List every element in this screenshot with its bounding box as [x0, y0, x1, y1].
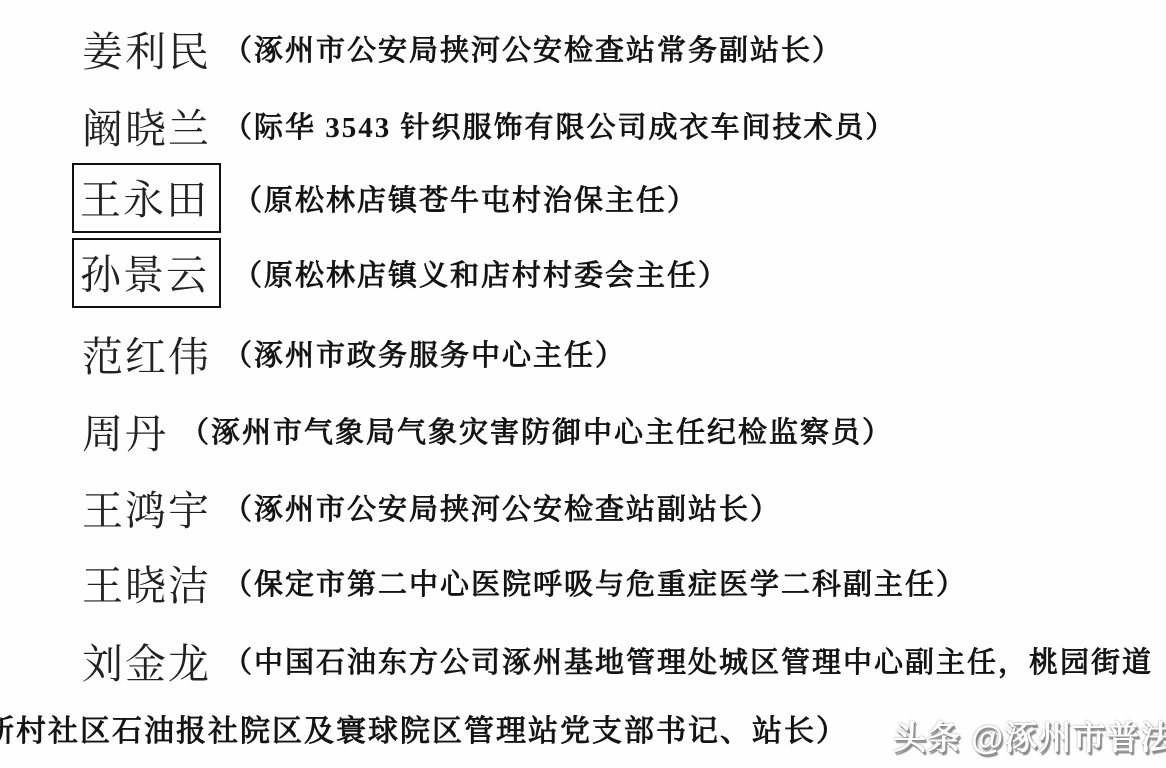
person-title: （中国石油东方公司涿州基地管理处城区管理中心副主任，桃园街道	[223, 640, 1153, 681]
list-item: 姜利民 （涿州市公安局挟河公安检查站常务副站长）	[82, 19, 843, 77]
person-title: （涿州市政务服务中心主任）	[223, 333, 626, 374]
person-title: （保定市第二中心医院呼吸与危重症医学二科副主任）	[223, 562, 967, 603]
person-name: 阚晓兰	[82, 96, 211, 155]
list-item: 刘金龙 （中国石油东方公司涿州基地管理处城区管理中心副主任，桃园街道	[82, 631, 1153, 689]
list-item: 范红伟 （涿州市政务服务中心主任）	[82, 324, 626, 382]
person-name: 刘金龙	[82, 631, 211, 690]
person-name: 姜利民	[82, 19, 211, 78]
person-title: （际华 3543 针织服饰有限公司成衣车间技术员）	[223, 105, 897, 146]
name-highlight-box: 孙景云	[72, 238, 221, 308]
list-item: 王鸿宇 （涿州市公安局挟河公安检查站副站长）	[82, 478, 781, 536]
name-highlight-box: 王永田	[72, 163, 221, 233]
document-page: 姜利民 （涿州市公安局挟河公安检查站常务副站长） 阚晓兰 （际华 3543 针织…	[0, 0, 1166, 768]
list-item: 阚晓兰 （际华 3543 针织服饰有限公司成衣车间技术员）	[82, 96, 897, 154]
person-title: （涿州市公安局挟河公安检查站副站长）	[223, 487, 781, 528]
person-title: （涿州市气象局气象灾害防御中心主任纪检监察员）	[180, 410, 893, 451]
watermark: 头条 @涿州市普法	[893, 712, 1166, 759]
person-title: （原松林店镇义和店村村委会主任）	[233, 253, 729, 294]
list-item: 王永田 （原松林店镇苍牛屯村治保主任）	[82, 169, 698, 227]
person-name: 周丹	[82, 401, 168, 460]
person-name: 孙景云	[80, 252, 209, 298]
list-item: 孙景云 （原松林店镇义和店村村委会主任）	[82, 244, 729, 302]
person-name: 范红伟	[82, 324, 211, 383]
person-name: 王晓洁	[82, 553, 211, 612]
person-name: 王鸿宇	[82, 478, 211, 537]
list-item: 王晓洁 （保定市第二中心医院呼吸与危重症医学二科副主任）	[82, 553, 967, 611]
person-title: （原松林店镇苍牛屯村治保主任）	[233, 178, 698, 219]
list-item: 周丹 （涿州市气象局气象灾害防御中心主任纪检监察员）	[82, 401, 893, 459]
person-title: （涿州市公安局挟河公安检查站常务副站长）	[223, 28, 843, 69]
continuation-line: 新村社区石油报社院区及寰球院区管理站党支部书记、站长）	[0, 706, 848, 750]
person-name: 王永田	[80, 177, 209, 223]
